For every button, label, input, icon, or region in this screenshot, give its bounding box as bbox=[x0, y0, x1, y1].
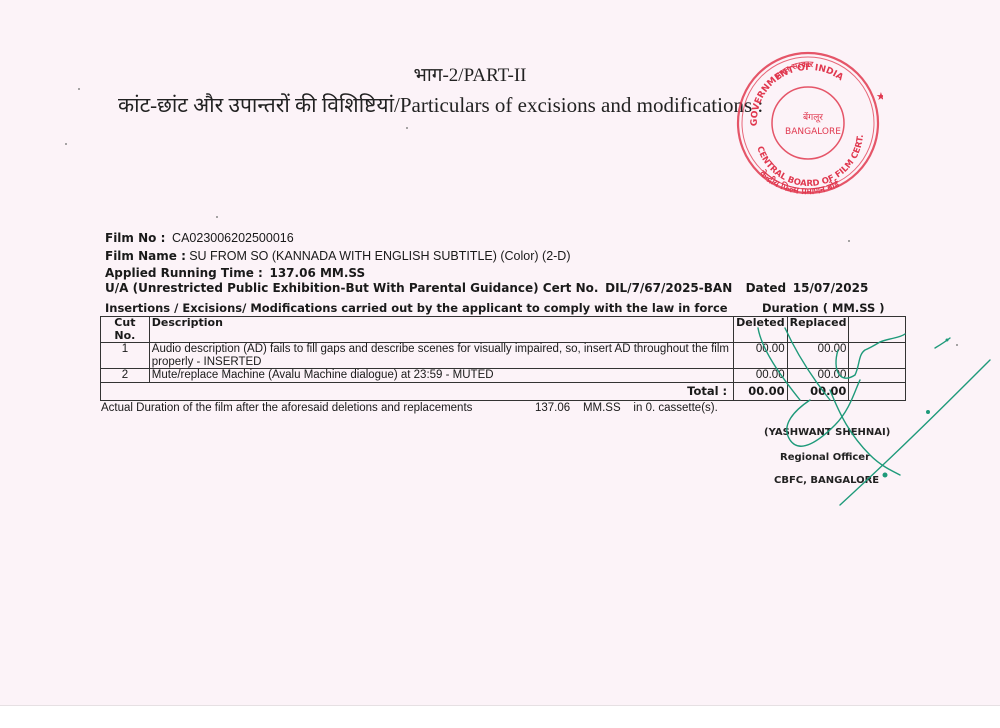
replaced-duration: 00.00 bbox=[787, 369, 849, 383]
running-time-value: 137.06 MM.SS bbox=[269, 266, 365, 280]
film-name-label: Film Name : bbox=[105, 249, 186, 263]
film-no-label: Film No : bbox=[105, 231, 165, 245]
actual-duration-text: 137.06 MM.SS in 0. cassette(s). bbox=[535, 402, 718, 414]
col-deleted: Deleted bbox=[734, 317, 787, 343]
modifications-heading: Insertions / Excisions/ Modifications ca… bbox=[105, 301, 728, 315]
table-row: 1 Audio description (AD) fails to fill g… bbox=[101, 343, 906, 369]
svg-text:★: ★ bbox=[876, 90, 883, 103]
signatory-designation: Regional Officer bbox=[780, 452, 870, 463]
table-header-row: Cut No. Description Deleted Replaced bbox=[101, 317, 906, 343]
svg-text:BANGALORE: BANGALORE bbox=[785, 127, 841, 137]
col-description: Description bbox=[149, 317, 733, 343]
certificate-text: U/A (Unrestricted Public Exhibition-But … bbox=[105, 281, 598, 295]
scan-speck bbox=[956, 344, 958, 346]
col-cut-no: Cut No. bbox=[101, 317, 150, 343]
actual-duration-value: 137.06 MM.SS in 0. cassette(s). bbox=[535, 402, 718, 414]
table-row: 2 Mute/replace Machine (Avalu Machine di… bbox=[101, 369, 906, 383]
signatory-name: (YASHWANT SHEHNAI) bbox=[764, 427, 890, 438]
cut-no: 2 bbox=[101, 369, 150, 383]
cert-no-value: DIL/7/67/2025-BAN bbox=[605, 281, 732, 295]
certificate-row: U/A (Unrestricted Public Exhibition-But … bbox=[105, 281, 868, 295]
film-name-row: Film Name : SU FROM SO (KANNADA WITH ENG… bbox=[105, 249, 571, 263]
section-title: कांट-छांट और उपान्तरों की विशिष्टियां/Pa… bbox=[118, 91, 763, 119]
running-time-label: Applied Running Time : bbox=[105, 266, 263, 280]
signatory-office: CBFC, BANGALORE bbox=[774, 475, 879, 486]
film-no-row: Film No : CA023006202500016 bbox=[105, 231, 294, 245]
blank-cell bbox=[849, 369, 906, 383]
total-row: Total : 00.00 00.00 bbox=[101, 382, 906, 400]
total-deleted: 00.00 bbox=[734, 382, 787, 400]
excisions-table: Cut No. Description Deleted Replaced 1 A… bbox=[100, 316, 906, 401]
blank-cell bbox=[849, 382, 906, 400]
cut-description: Mute/replace Machine (Avalu Machine dial… bbox=[149, 369, 733, 383]
cut-description: Audio description (AD) fails to fill gap… bbox=[149, 343, 733, 369]
blank-cell bbox=[849, 343, 906, 369]
col-replaced: Replaced bbox=[787, 317, 849, 343]
dated-label: Dated bbox=[746, 281, 787, 295]
scan-speck bbox=[216, 216, 218, 218]
deleted-duration: 00.00 bbox=[734, 343, 787, 369]
running-time-row: Applied Running Time : 137.06 MM.SS bbox=[105, 266, 365, 280]
duration-heading: Duration ( MM.SS ) bbox=[762, 301, 885, 315]
dated-value: 15/07/2025 bbox=[793, 281, 869, 295]
scan-speck bbox=[406, 127, 408, 129]
svg-text:बेंगलूर: बेंगलूर bbox=[803, 111, 823, 123]
cut-no: 1 bbox=[101, 343, 150, 369]
film-name-value: SU FROM SO (KANNADA WITH ENGLISH SUBTITL… bbox=[189, 249, 570, 263]
actual-duration-label: Actual Duration of the film after the af… bbox=[101, 402, 472, 414]
total-label: Total : bbox=[101, 382, 734, 400]
film-no-value: CA023006202500016 bbox=[172, 231, 294, 245]
scan-speck bbox=[848, 240, 850, 242]
cbfc-seal-stamp: GOVERNMENT OF INDIA भारत सरकार CENTRAL B… bbox=[733, 48, 883, 198]
col-blank bbox=[849, 317, 906, 343]
scan-speck bbox=[65, 143, 67, 145]
total-replaced: 00.00 bbox=[787, 382, 849, 400]
scan-speck bbox=[78, 88, 80, 90]
replaced-duration: 00.00 bbox=[787, 343, 849, 369]
deleted-duration: 00.00 bbox=[734, 369, 787, 383]
scan-bottom-edge bbox=[0, 705, 1000, 728]
